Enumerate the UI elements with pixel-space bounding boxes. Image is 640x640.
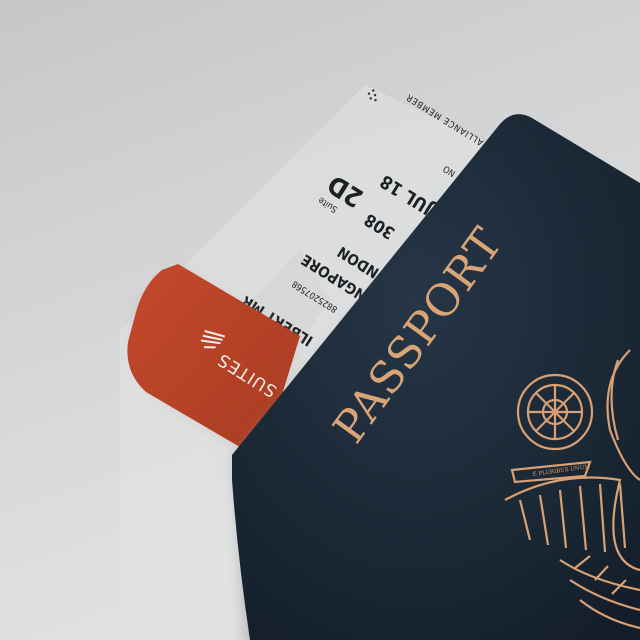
photo-scene: ALLIANCE MEMBER NO JUL 18 2D Suite 308 N… [0,0,640,640]
